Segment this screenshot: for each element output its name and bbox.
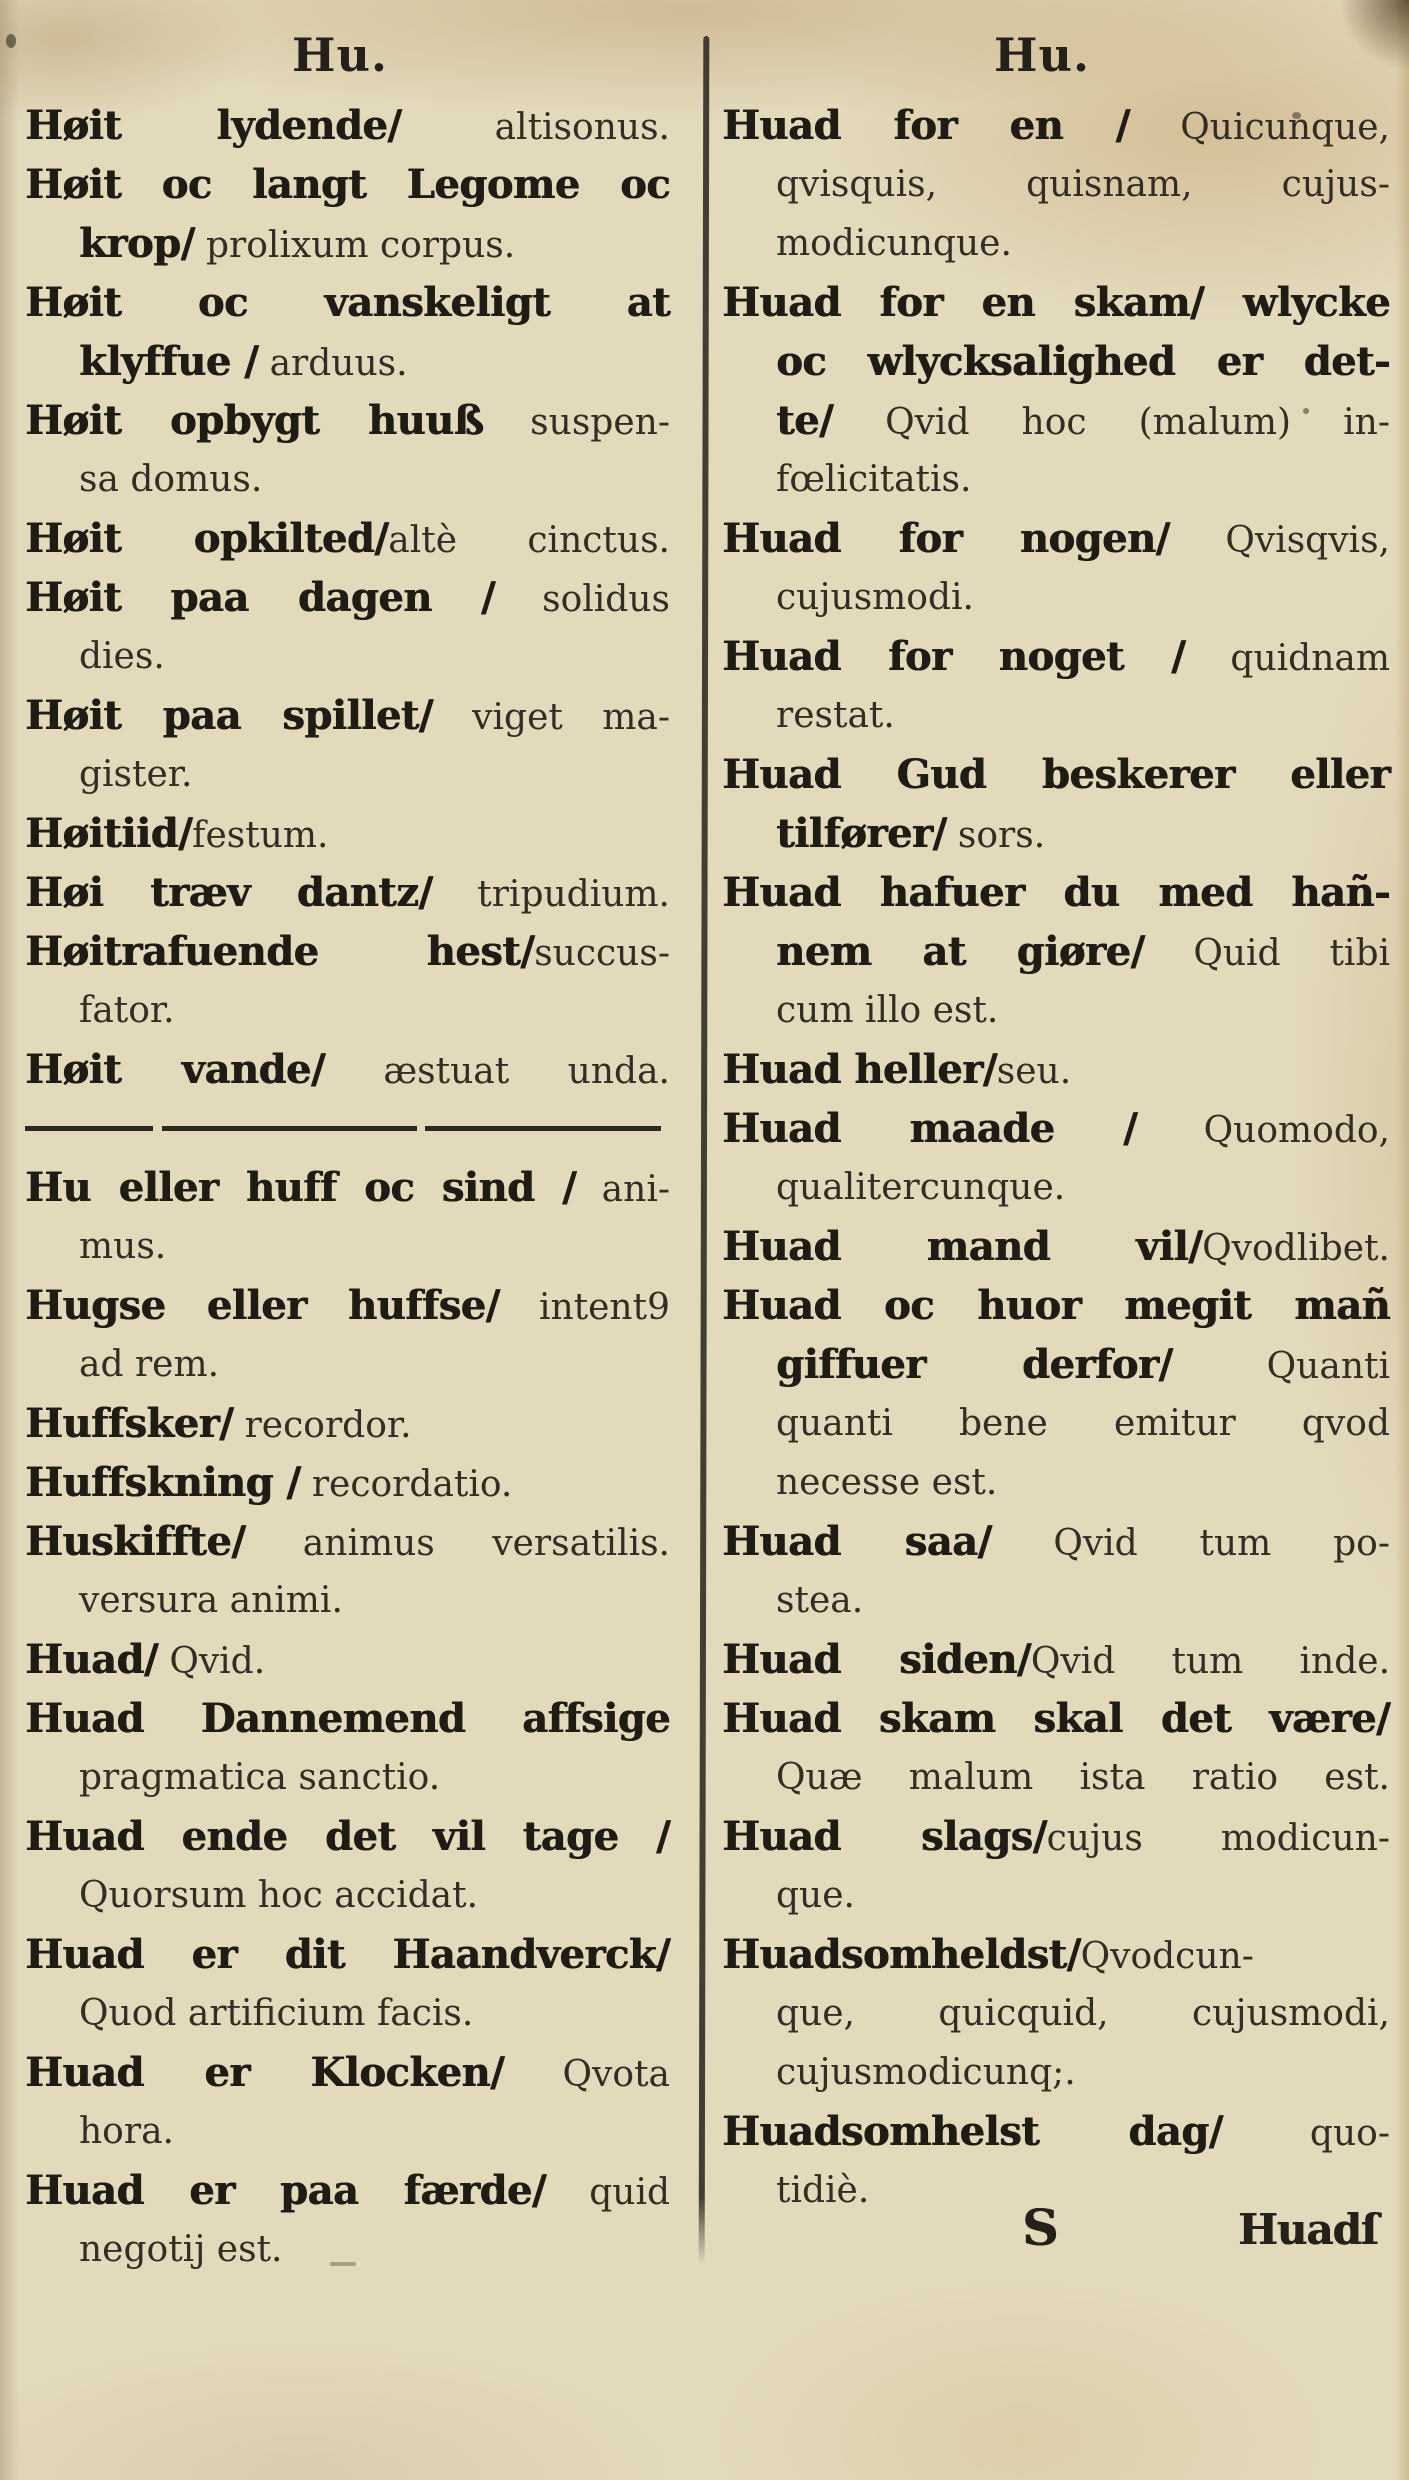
dictionary-column-right: Huad for en / Quicunque,qvisquis, quisna… (722, 96, 1390, 2220)
danish-headword-text: Huad/ (25, 1636, 158, 1683)
entry-line: Huskiffte/ animus versatilis. (25, 1512, 670, 1571)
entry-line: Huadsomheldst/Qvodcun- (722, 1925, 1390, 1984)
entry-line: Huad skam skal det være/ (722, 1689, 1390, 1748)
latin-gloss-text: dies. (79, 636, 165, 677)
latin-gloss-text: gister. (79, 754, 193, 795)
latin-gloss-text: qvisquis, quisnam, cujus- (776, 164, 1390, 205)
entry-line: Huad saa/ Qvid tum po- (722, 1512, 1390, 1571)
entry-line: Huad er Klocken/ Qvota (25, 2043, 670, 2102)
book-page-scan: Hu. Hu. Høit lydende/ altisonus.Høit oc … (0, 0, 1409, 2480)
entry-line: mus. (25, 1217, 670, 1276)
entry-line: Høit paa dagen / solidus (25, 568, 670, 627)
latin-gloss-text: sa domus. (79, 459, 262, 500)
column-header-left: Hu. (25, 20, 655, 90)
entry-line: klyffue / arduus. (25, 332, 670, 391)
danish-headword-text: te/ (776, 397, 833, 444)
latin-gloss-text: seu. (997, 1051, 1071, 1092)
danish-headword-text: Huad for noget / (722, 633, 1185, 680)
entry-line: que, quicquid, cujusmodi, (722, 1984, 1390, 2043)
entry-line: Høit oc langt Legome oc (25, 155, 670, 214)
latin-gloss-text: tripudium. (432, 874, 670, 915)
entry-line: Huad siden/Qvid tum inde. (722, 1630, 1390, 1689)
danish-headword-text: Høit lydende/ (25, 102, 401, 149)
entry-line: Huad er paa færde/ quid (25, 2161, 670, 2220)
danish-headword-text: oc wlycksalighed er det- (776, 338, 1390, 385)
latin-gloss-text: Quicunque, (1130, 107, 1390, 148)
entry-line: tilfører/ sors. (722, 804, 1390, 863)
entry-line: Huad Dannemend affsige (25, 1689, 670, 1748)
entry-line: oc wlycksalighed er det- (722, 332, 1390, 391)
entry-line: restat. (722, 686, 1390, 745)
latin-gloss-text: versura animi. (79, 1580, 343, 1621)
danish-headword-text: Huadsomhelst dag/ (722, 2108, 1223, 2155)
latin-gloss-text: quid (546, 2172, 670, 2213)
latin-gloss-text: mus. (79, 1226, 166, 1267)
latin-gloss-text: que, quicquid, cujusmodi, (776, 1993, 1390, 2034)
entry-line: qualitercunque. (722, 1158, 1390, 1217)
latin-gloss-text: Quorsum hoc accidat. (79, 1875, 478, 1916)
danish-headword-text: tilfører/ (776, 810, 946, 857)
entry-line: Høitiid/festum. (25, 804, 670, 863)
latin-gloss-text: Quod artificium facis. (79, 1993, 473, 2034)
latin-gloss-text: cum illo est. (776, 990, 998, 1031)
entry-line: que. (722, 1866, 1390, 1925)
danish-headword-text: Huad for en / (722, 102, 1130, 149)
danish-headword-text: klyffue / (79, 338, 258, 385)
latin-gloss-text: quo- (1223, 2113, 1390, 2154)
entry-line: Huad for en / Quicunque, (722, 96, 1390, 155)
ink-speck (330, 2262, 356, 2266)
latin-gloss-text: modicunque. (776, 223, 1012, 264)
ink-speck (1303, 408, 1309, 414)
danish-headword-text: Huad Dannemend affsige (25, 1695, 670, 1742)
entry-line: Huffskning / recordatio. (25, 1453, 670, 1512)
entry-line: Høit oc vanskeligt at (25, 273, 670, 332)
danish-headword-text: Høitrafuende hest/ (25, 928, 534, 975)
entry-line: Huad mand vil/Qvodlibet. (722, 1217, 1390, 1276)
danish-headword-text: Huad heller/ (722, 1046, 997, 1093)
entry-line: Huad er dit Haandverck/ (25, 1925, 670, 1984)
dictionary-column-left: Høit lydende/ altisonus.Høit oc langt Le… (25, 96, 670, 2279)
entry-line: quanti bene emitur qvod (722, 1394, 1390, 1453)
entry-line: te/ Qvid hoc (malum) in- (722, 391, 1390, 450)
entry-line: Høit opkilted/altè cinctus. (25, 509, 670, 568)
danish-headword-text: Huad for en skam/ wlycke (722, 279, 1390, 326)
danish-headword-text: Hu eller huff oc sind / (25, 1164, 576, 1211)
entry-line: Huad Gud beskerer eller (722, 745, 1390, 804)
danish-headword-text: Huad maade / (722, 1105, 1137, 1152)
danish-headword-text: Huad er paa færde/ (25, 2167, 546, 2214)
danish-headword-text: giffuer derfor/ (776, 1341, 1172, 1388)
danish-headword-text: Huadsomheldst/ (722, 1931, 1081, 1978)
latin-gloss-text: Qvodlibet. (1202, 1228, 1390, 1269)
latin-gloss-text: intent9 (500, 1287, 670, 1328)
danish-headword-text: Høit paa spillet/ (25, 692, 433, 739)
latin-gloss-text: hora. (79, 2111, 174, 2152)
danish-headword-text: Huad Gud beskerer eller (722, 751, 1390, 798)
danish-headword-text: Huad hafuer du med hañ- (722, 869, 1390, 916)
entry-line: modicunque. (722, 214, 1390, 273)
entry-line: dies. (25, 627, 670, 686)
danish-headword-text: krop/ (79, 220, 195, 267)
entry-line: Hugse eller huffse/ intent9 (25, 1276, 670, 1335)
latin-gloss-text: recordor. (233, 1405, 411, 1446)
entry-line: Huad/ Qvid. (25, 1630, 670, 1689)
entry-line: Huad hafuer du med hañ- (722, 863, 1390, 922)
latin-gloss-text: Quid tibi (1144, 933, 1390, 974)
danish-headword-text: Høit opbygt huuß (25, 397, 483, 444)
danish-headword-text: Huad slags/ (722, 1813, 1047, 1860)
danish-headword-text: Huad mand vil/ (722, 1223, 1202, 1270)
danish-headword-text: Huffskning / (25, 1459, 300, 1506)
latin-gloss-text: altè cinctus. (388, 520, 670, 561)
latin-gloss-text: qualitercunque. (776, 1167, 1065, 1208)
entry-line: Huffsker/ recordor. (25, 1394, 670, 1453)
entry-line: Huad ende det vil tage / (25, 1807, 670, 1866)
entry-line: giffuer derfor/ Quanti (722, 1335, 1390, 1394)
latin-gloss-text: fator. (79, 990, 175, 1031)
column-divider-rule (699, 36, 710, 2264)
danish-headword-text: Høit oc langt Legome oc (25, 161, 670, 208)
danish-headword-text: Huad oc huor megit mañ (722, 1282, 1390, 1329)
latin-gloss-text: sors. (946, 815, 1045, 856)
danish-headword-text: Huffsker/ (25, 1400, 233, 1447)
latin-gloss-text: suspen- (483, 402, 670, 443)
latin-gloss-text: recordatio. (300, 1464, 512, 1505)
danish-headword-text: Høit paa dagen / (25, 574, 495, 621)
entry-line: Huad heller/seu. (722, 1040, 1390, 1099)
latin-gloss-text: arduus. (258, 343, 407, 384)
danish-headword-text: Huad skam skal det være/ (722, 1695, 1390, 1742)
entry-line: Huad for en skam/ wlycke (722, 273, 1390, 332)
latin-gloss-text: fœlicitatis. (776, 459, 971, 500)
latin-gloss-text: æstuat unda. (325, 1051, 670, 1092)
danish-headword-text: Høitiid/ (25, 810, 192, 857)
entry-line: cujusmodicunq;. (722, 2043, 1390, 2102)
column-header-right: Hu. (722, 20, 1362, 90)
entry-line: Quæ malum ista ratio est. (722, 1748, 1390, 1807)
latin-gloss-text: Qvisqvis, (1170, 520, 1390, 561)
entry-line: Høit lydende/ altisonus. (25, 96, 670, 155)
entry-line: Høitrafuende hest/succus- (25, 922, 670, 981)
latin-gloss-text: que. (776, 1875, 855, 1916)
entry-line: krop/ prolixum corpus. (25, 214, 670, 273)
entry-line: versura animi. (25, 1571, 670, 1630)
latin-gloss-text: cujus modicun- (1047, 1818, 1390, 1859)
entry-line: sa domus. (25, 450, 670, 509)
entry-line: Huad slags/cujus modicun- (722, 1807, 1390, 1866)
entry-line: Huad for noget / quidnam (722, 627, 1390, 686)
latin-gloss-text: tidiè. (776, 2170, 869, 2211)
entry-line: fœlicitatis. (722, 450, 1390, 509)
entry-line: hora. (25, 2102, 670, 2161)
entry-line: Huadsomhelst dag/ quo- (722, 2102, 1390, 2161)
latin-gloss-text: solidus (495, 579, 670, 620)
danish-headword-text: Høit opkilted/ (25, 515, 388, 562)
entry-line: cujusmodi. (722, 568, 1390, 627)
latin-gloss-text: Qvota (504, 2054, 670, 2095)
latin-gloss-text: Qvodcun- (1081, 1936, 1254, 1977)
section-divider-row (25, 1099, 670, 1158)
latin-gloss-text: cujusmodi. (776, 577, 974, 618)
danish-headword-text: Huad for nogen/ (722, 515, 1170, 562)
danish-headword-text: Huad ende det vil tage / (25, 1813, 670, 1860)
catchword: Huadſ (1238, 2205, 1378, 2254)
danish-headword-text: nem at giøre/ (776, 928, 1144, 975)
entry-line: Høit opbygt huuß suspen- (25, 391, 670, 450)
danish-headword-text: Hugse eller huffse/ (25, 1282, 500, 1329)
entry-line: Hu eller huff oc sind / ani- (25, 1158, 670, 1217)
entry-line: necesse est. (722, 1453, 1390, 1512)
ink-speck (6, 34, 16, 48)
signature-mark: S (1022, 2198, 1058, 2257)
entry-line: Høit paa spillet/ viget ma- (25, 686, 670, 745)
danish-headword-text: Huad er Klocken/ (25, 2049, 504, 2096)
latin-gloss-text: Qvid. (158, 1641, 265, 1682)
entry-line: Quod artificium facis. (25, 1984, 670, 2043)
entry-line: nem at giøre/ Quid tibi (722, 922, 1390, 981)
latin-gloss-text: Quomodo, (1137, 1110, 1390, 1151)
danish-headword-text: Høit vande/ (25, 1046, 325, 1093)
latin-gloss-text: altisonus. (401, 107, 670, 148)
latin-gloss-text: cujusmodicunq;. (776, 2052, 1076, 2093)
horizontal-rule (25, 1126, 661, 1131)
latin-gloss-text: viget ma- (433, 697, 670, 738)
danish-headword-text: Høit oc vanskeligt at (25, 279, 670, 326)
latin-gloss-text: pragmatica sanctio. (79, 1757, 440, 1798)
latin-gloss-text: quidnam (1185, 638, 1390, 679)
latin-gloss-text: festum. (192, 815, 328, 856)
latin-gloss-text: stea. (776, 1580, 863, 1621)
latin-gloss-text: ani- (576, 1169, 670, 1210)
danish-headword-text: Huskiffte/ (25, 1518, 245, 1565)
danish-headword-text: Huad saa/ (722, 1518, 992, 1565)
ink-speck (1292, 112, 1301, 119)
danish-headword-text: Huad er dit Haandverck/ (25, 1931, 670, 1978)
entry-line: Huad oc huor megit mañ (722, 1276, 1390, 1335)
entry-line: stea. (722, 1571, 1390, 1630)
latin-gloss-text: Quæ malum ista ratio est. (776, 1757, 1390, 1798)
entry-line: Huad for nogen/ Qvisqvis, (722, 509, 1390, 568)
latin-gloss-text: quanti bene emitur qvod (776, 1403, 1390, 1444)
latin-gloss-text: Quanti (1172, 1346, 1390, 1387)
latin-gloss-text: Qvid tum po- (992, 1523, 1390, 1564)
entry-line: Høi træv dantz/ tripudium. (25, 863, 670, 922)
latin-gloss-text: negotij est. (79, 2229, 282, 2270)
latin-gloss-text: ad rem. (79, 1344, 219, 1385)
entry-line: qvisquis, quisnam, cujus- (722, 155, 1390, 214)
entry-line: gister. (25, 745, 670, 804)
latin-gloss-text: succus- (534, 933, 670, 974)
entry-line: Høit vande/ æstuat unda. (25, 1040, 670, 1099)
entry-line: Huad maade / Quomodo, (722, 1099, 1390, 1158)
entry-line: fator. (25, 981, 670, 1040)
entry-line: pragmatica sanctio. (25, 1748, 670, 1807)
latin-gloss-text: prolixum corpus. (195, 225, 516, 266)
latin-gloss-text: animus versatilis. (245, 1523, 670, 1564)
entry-line: ad rem. (25, 1335, 670, 1394)
latin-gloss-text: restat. (776, 695, 895, 736)
entry-line: Quorsum hoc accidat. (25, 1866, 670, 1925)
danish-headword-text: Høi træv dantz/ (25, 869, 432, 916)
latin-gloss-text: necesse est. (776, 1462, 997, 1503)
entry-line: negotij est. (25, 2220, 670, 2279)
entry-line: cum illo est. (722, 981, 1390, 1040)
latin-gloss-text: Qvid tum inde. (1031, 1641, 1390, 1682)
danish-headword-text: Huad siden/ (722, 1636, 1031, 1683)
